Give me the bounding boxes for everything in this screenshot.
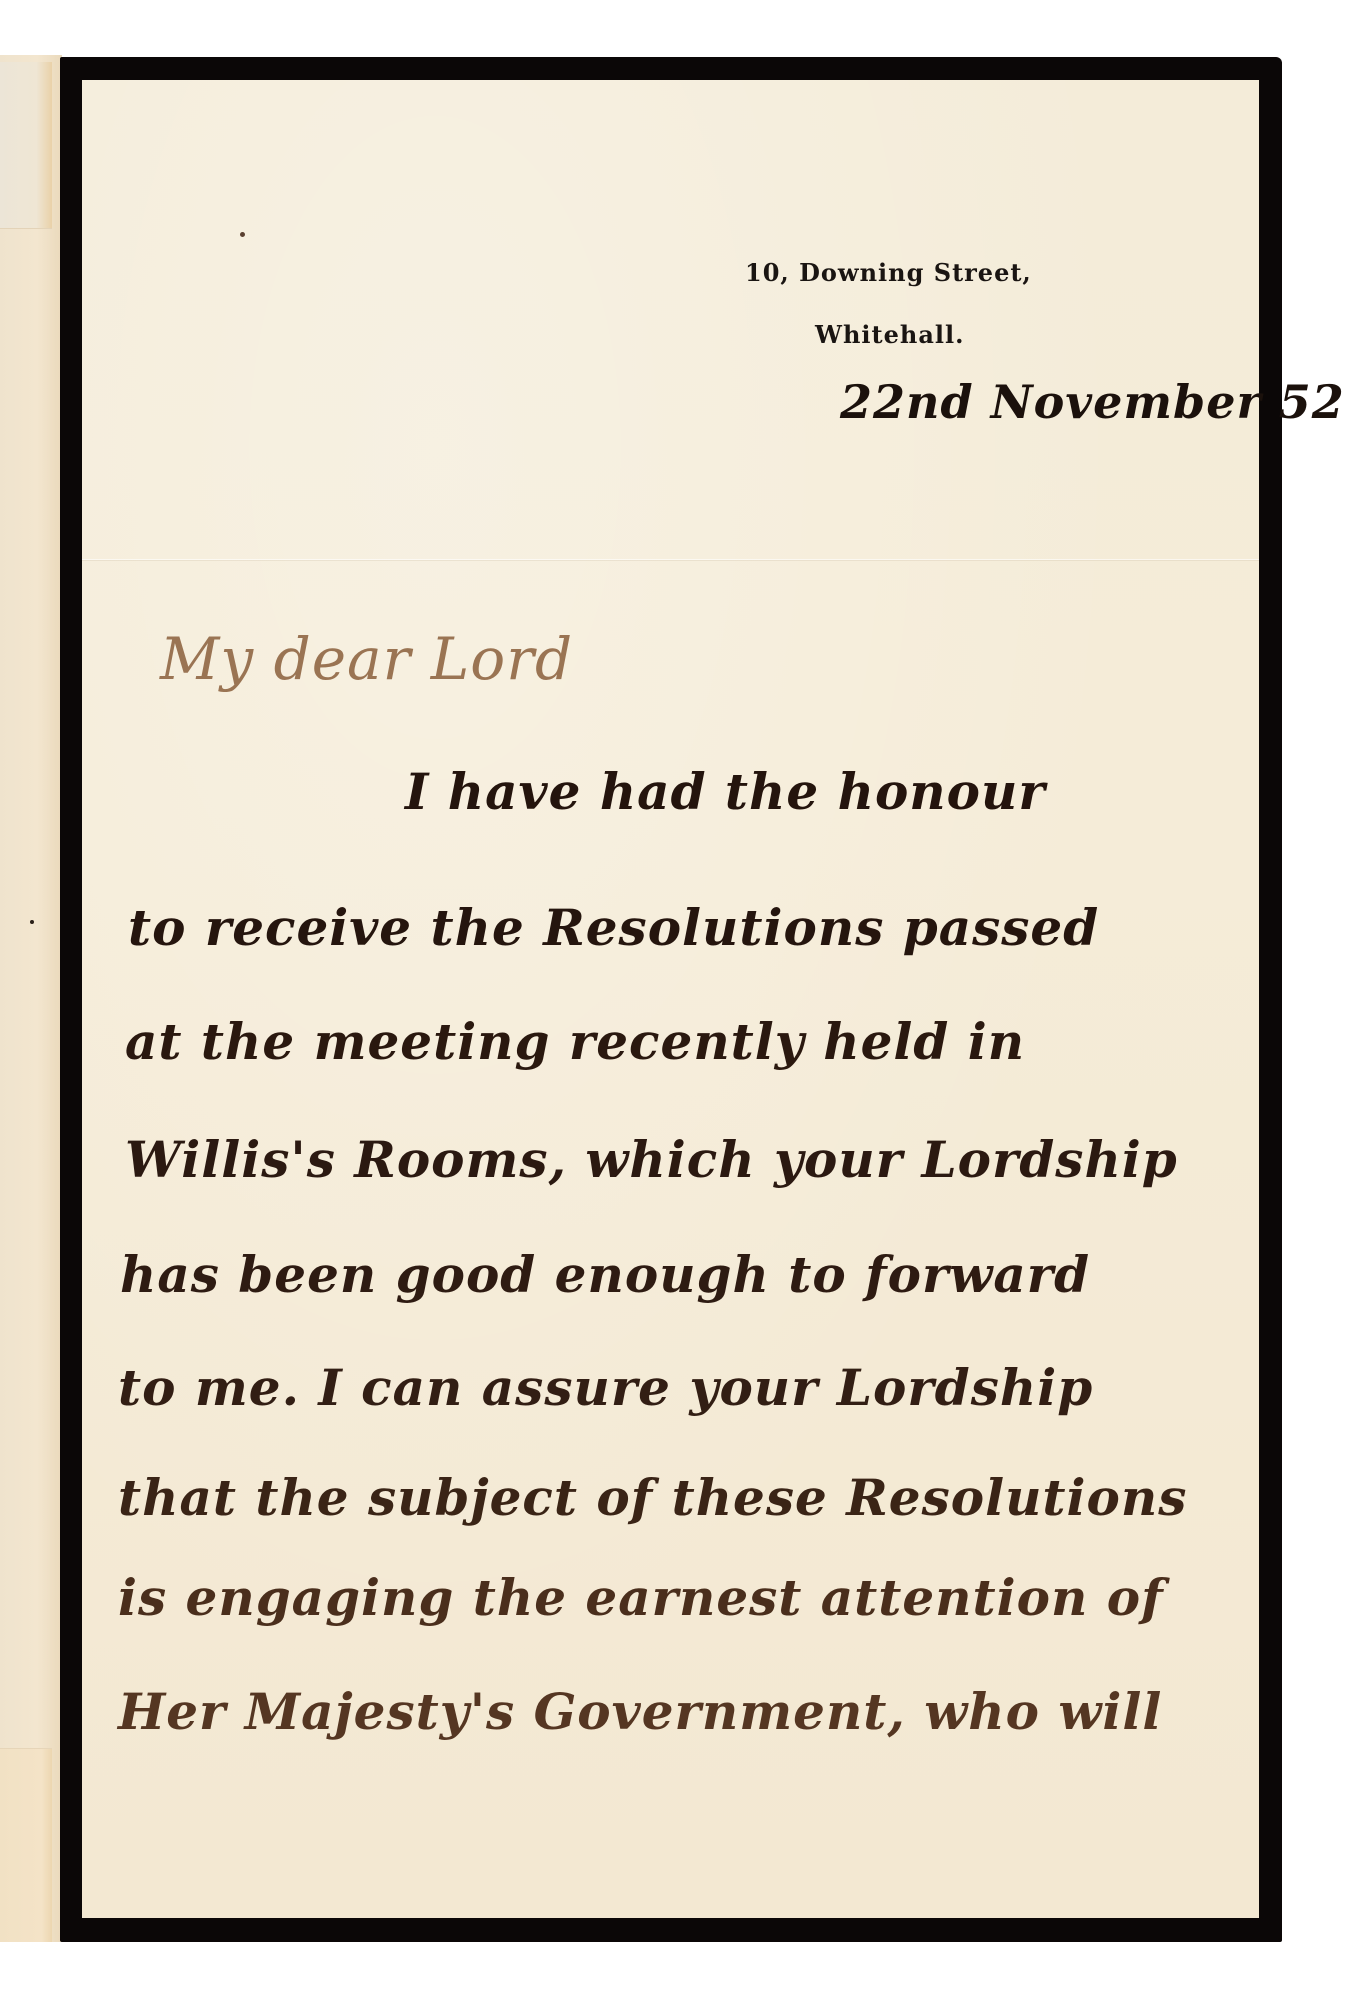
body-line-1: I have had the honour — [405, 762, 1046, 821]
body-line-2: to receive the Resolutions passed — [128, 898, 1099, 957]
previous-leaf-edge — [0, 55, 62, 1942]
hinge-tape-bottom — [0, 1748, 52, 1942]
hinge-tape-top — [0, 62, 52, 229]
letterhead-street: 10, Downing Street, — [745, 258, 1032, 287]
paper-speck — [240, 232, 245, 237]
fold-crease — [82, 559, 1259, 560]
body-line-3: at the meeting recently held in — [125, 1012, 1025, 1071]
letterhead-city: Whitehall. — [815, 320, 964, 349]
body-line-4: Willis's Rooms, which your Lordship — [125, 1130, 1178, 1189]
salutation: My dear Lord — [160, 625, 573, 693]
letter-paper — [82, 80, 1259, 1918]
body-line-8: is engaging the earnest attention of — [118, 1568, 1164, 1627]
body-line-7: that the subject of these Resolutions — [118, 1468, 1187, 1527]
body-line-5: has been good enough to forward — [120, 1245, 1090, 1304]
letter-date: 22nd November 52 — [840, 375, 1345, 429]
body-line-6: to me. I can assure your Lordship — [118, 1358, 1093, 1417]
paper-speck — [30, 920, 34, 924]
body-line-9: Her Majesty's Government, who will — [118, 1682, 1162, 1741]
